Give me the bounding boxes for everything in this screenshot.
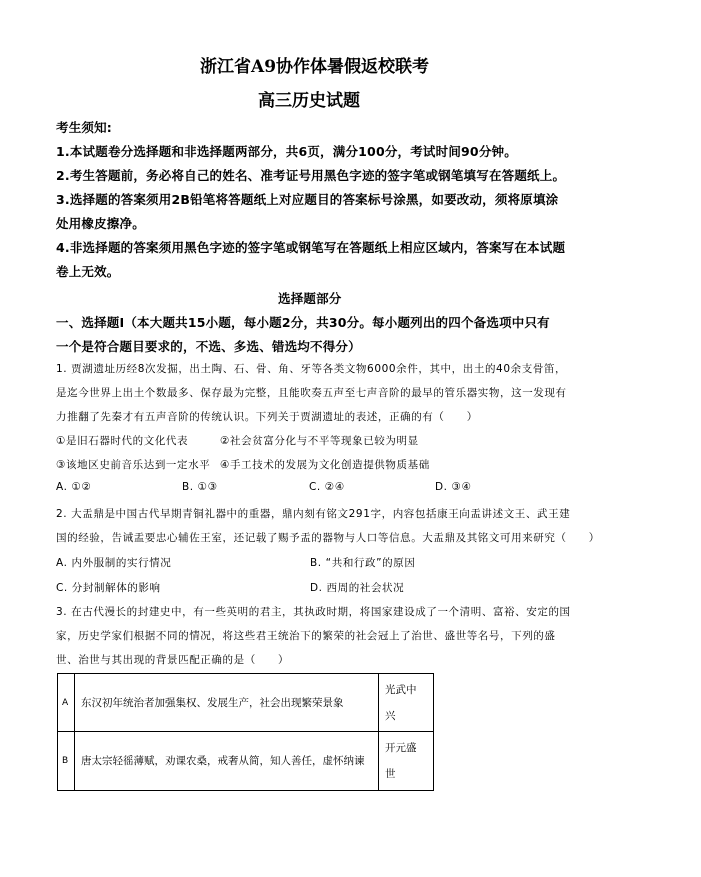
statement-1: ①是旧石器时代的文化代表 xyxy=(56,433,188,448)
section-title: 选择题部分 xyxy=(278,289,342,307)
row-background: 东汉初年统治者加强集权、发展生产，社会出现繁荣景象 xyxy=(75,674,379,732)
table-row: B 唐太宗轻徭薄赋，劝课农桑，戒奢从简，知人善任，虚怀纳谏 开元盛 世 xyxy=(58,732,434,791)
option-c: C. 分封制解体的影响 xyxy=(56,580,161,595)
option-a: A. 内外服制的实行情况 xyxy=(56,555,171,570)
statement-4: ④手工技术的发展为文化创造提供物质基础 xyxy=(220,457,430,472)
section-instruction: 一、选择题Ⅰ（本大题共15小题，每小题2分，共30分。每小题列出的四个备选项中只… xyxy=(56,313,550,331)
row-era: 开元盛 世 xyxy=(379,732,434,791)
option-b: B. ①③ xyxy=(182,481,218,493)
question-1-stem: 是迄今世界上出土个数最多、保存最为完整，且能吹奏五声至七声音阶的最早的管乐器实物… xyxy=(56,385,567,400)
question-1-stem: 力推翻了先秦才有五声音阶的传统认识。下列关于贾湖遗址的表述，正确的有（ ） xyxy=(56,409,478,424)
option-c: C. ②④ xyxy=(309,481,345,493)
row-label: A xyxy=(58,674,75,732)
notice-item-3: 3.选择题的答案须用2B铅笔将答题纸上对应题目的答案标号涂黑，如要改动，须将原填… xyxy=(56,190,558,208)
question-2-stem: 国的经验，告诫盂要忠心辅佐王室，还记载了赐予盂的器物与人口等信息。大盂鼎及其铭文… xyxy=(56,530,600,545)
row-background: 唐太宗轻徭薄赋，劝课农桑，戒奢从简，知人善任，虚怀纳谏 xyxy=(75,732,379,791)
option-b: B. “共和行政”的原因 xyxy=(310,555,415,570)
statement-3: ③该地区史前音乐达到一定水平 xyxy=(56,457,210,472)
notice-item-3-cont: 处用橡皮擦净。 xyxy=(56,214,145,232)
exam-subtitle: 高三历史试题 xyxy=(258,86,360,111)
notice-item-1: 1.本试题卷分选择题和非选择题两部分，共6页，满分100分，考试时间90分钟。 xyxy=(56,142,517,160)
answer-table: A 东汉初年统治者加强集权、发展生产，社会出现繁荣景象 光武中 兴 B 唐太宗轻… xyxy=(57,673,434,791)
notice-item-2: 2.考生答题前，务必将自己的姓名、准考证号用黑色字迹的签字笔或钢笔填写在答题纸上… xyxy=(56,166,565,184)
option-a: A. ①② xyxy=(56,481,92,493)
exam-title: 浙江省A9协作体暑假返校联考 xyxy=(200,52,429,77)
question-3-stem: 世、治世与其出现的背景匹配正确的是（ ） xyxy=(56,652,289,667)
statement-2: ②社会贫富分化与不平等现象已较为明显 xyxy=(220,433,419,448)
table-row: A 东汉初年统治者加强集权、发展生产，社会出现繁荣景象 光武中 兴 xyxy=(58,674,434,732)
notice-item-4: 4.非选择题的答案须用黑色字迹的签字笔或钢笔写在答题纸上相应区域内，答案写在本试… xyxy=(56,238,565,256)
row-label: B xyxy=(58,732,75,791)
question-3-stem: 3. 在古代漫长的封建史中，有一些英明的君主，其执政时期，将国家建设成了一个清明… xyxy=(56,604,571,619)
notice-item-4-cont: 卷上无效。 xyxy=(56,262,120,280)
option-d: D. 西周的社会状况 xyxy=(310,580,404,595)
section-instruction-cont: 一个是符合题目要求的，不选、多选、错选均不得分） xyxy=(56,337,361,355)
question-1-stem: 1. 贾湖遗址历经8次发掘，出土陶、石、骨、角、牙等各类文物6000余件，其中，… xyxy=(56,361,566,376)
question-2-stem: 2. 大盂鼎是中国古代早期青铜礼器中的重器，鼎内刻有铭文291字，内容包括康王向… xyxy=(56,506,570,521)
notice-heading: 考生须知: xyxy=(56,118,112,136)
row-era: 光武中 兴 xyxy=(379,674,434,732)
option-d: D. ③④ xyxy=(435,481,472,493)
question-3-stem: 家，历史学家们根据不同的情况，将这些君王统治下的繁荣的社会冠上了治世、盛世等名号… xyxy=(56,628,556,643)
